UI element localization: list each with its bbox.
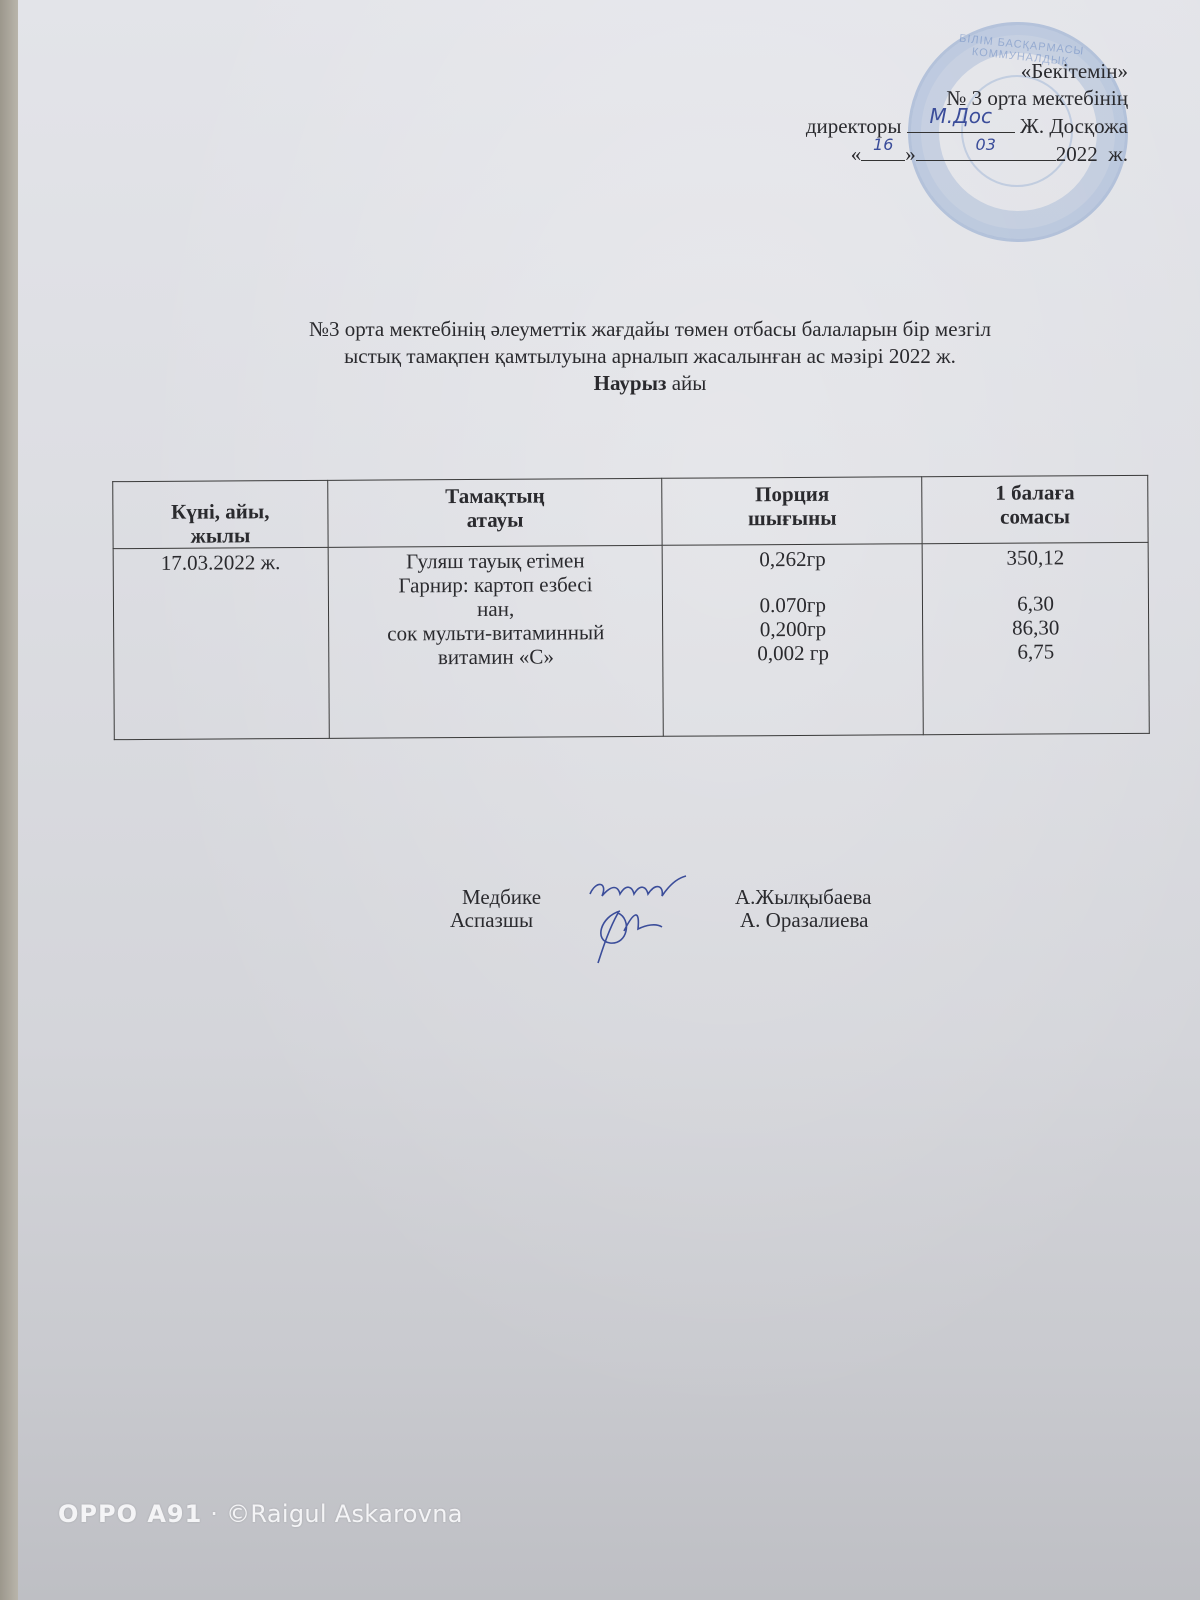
nurse-name: А.Жылқыбаева: [735, 886, 871, 909]
approval-label: «Бекітемін»: [806, 58, 1128, 85]
title-month: Наурыз айы: [170, 370, 1130, 397]
cell-dishes: Гуляш тауық етімен Гарнир: картоп езбесі…: [328, 545, 664, 738]
cell-costs: 350,12 6,30 86,30 6,75: [922, 542, 1149, 734]
photo-credit: ©Raigul Askarovna: [226, 1500, 463, 1528]
cell-date: 17.03.2022 ж.: [113, 547, 329, 739]
device-name: OPPO A91: [58, 1500, 202, 1528]
cook-role: Аспазшы: [450, 909, 533, 932]
cell-portions: 0,262гр 0.070гр 0,200гр 0,002 гр: [663, 544, 924, 737]
menu-table: Күні, айы,жылы Тамақтыңатауы Порцияшығын…: [112, 475, 1150, 740]
document-title: №3 орта мектебінің әлеуметтік жағдайы тө…: [170, 316, 1130, 397]
date-suffix: ж.: [1108, 142, 1128, 166]
title-line-1: №3 орта мектебінің әлеуметтік жағдайы тө…: [170, 316, 1130, 343]
director-signature: М.Дос: [907, 103, 1015, 130]
nurse-role: Медбике: [462, 886, 541, 909]
month-name: Наурыз: [594, 371, 667, 395]
header-portion: Порцияшығыны: [662, 477, 922, 546]
month-suffix: айы: [666, 371, 706, 395]
title-line-2: ыстық тамақпен қамтылуына арналып жасалы…: [170, 343, 1130, 370]
camera-watermark: OPPO A91 · ©Raigul Askarovna: [58, 1500, 463, 1528]
date-year: 2022: [1056, 142, 1098, 166]
cook-signature: [590, 901, 690, 971]
director-signature-field: М.Дос: [907, 112, 1015, 133]
approval-block: «Бекітемін» № 3 орта мектебінің директор…: [806, 58, 1128, 168]
table-header-row: Күні, айы,жылы Тамақтыңатауы Порцияшығын…: [113, 475, 1148, 548]
table-row: 17.03.2022 ж. Гуляш тауық етімен Гарнир:…: [113, 542, 1149, 739]
date-day-field: 16: [861, 140, 905, 161]
date-month-field: 03: [916, 140, 1056, 161]
header-cost: 1 балағасомасы: [922, 475, 1148, 543]
cook-name: А. Оразалиева: [740, 909, 868, 932]
date-month: 03: [916, 131, 1056, 158]
header-dish: Тамақтыңатауы: [328, 478, 663, 547]
header-date: Күні, айы,жылы: [113, 480, 328, 548]
approval-date: «16»032022 ж.: [806, 140, 1128, 168]
date-day: 16: [861, 131, 905, 158]
